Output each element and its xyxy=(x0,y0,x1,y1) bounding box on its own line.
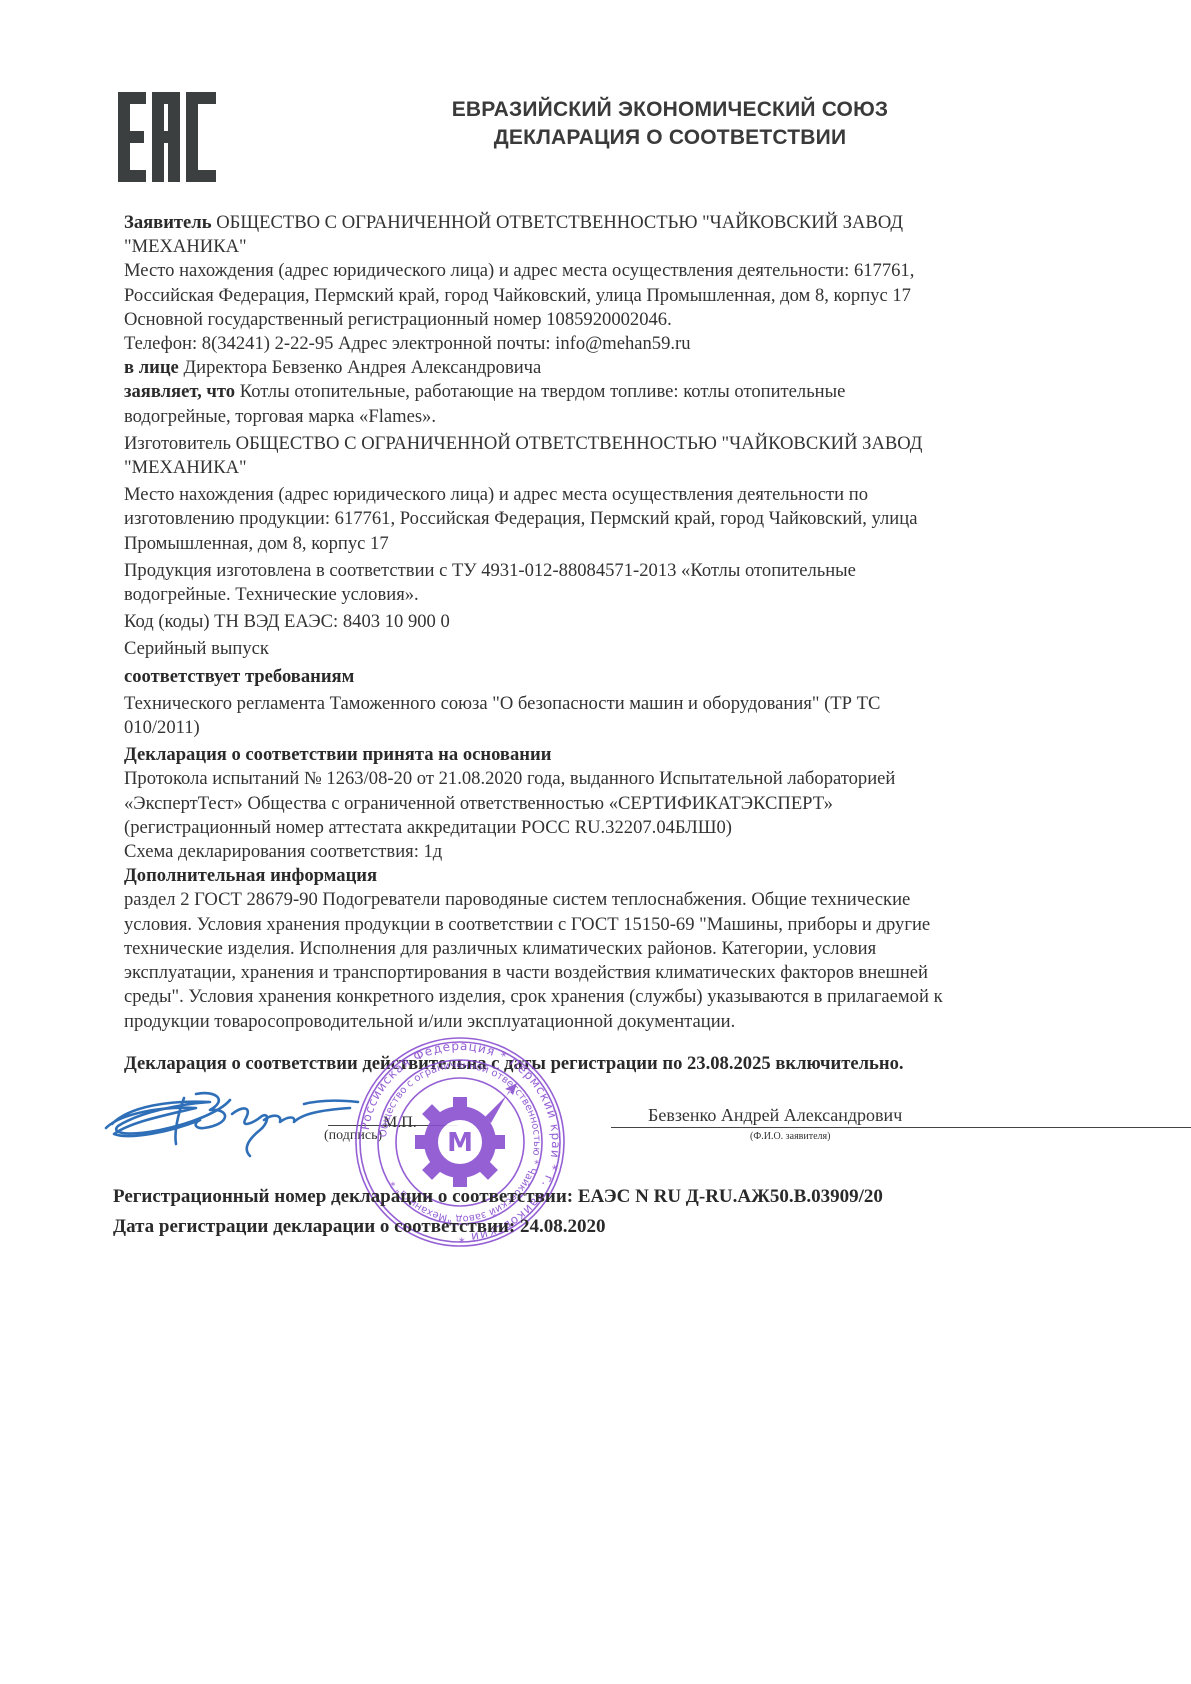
applicant-address-2: Российская Федерация, Пермский край, гор… xyxy=(124,284,1084,308)
manufacturer-name: Изготовитель ОБЩЕСТВО С ОГРАНИЧЕННОЙ ОТВ… xyxy=(124,432,1084,456)
applicant-contacts: Телефон: 8(34241) 2-22-95 Адрес электрон… xyxy=(124,332,1084,356)
registration-number: Регистрационный номер декларации о соотв… xyxy=(113,1186,883,1208)
hs-code: Код (коды) ТН ВЭД ЕАЭС: 8403 10 900 0 xyxy=(124,610,1084,634)
basis-line-3: (регистрационный номер аттестата аккреди… xyxy=(124,816,1084,840)
basis-line-2: «ЭкспертТест» Общества с ограниченной от… xyxy=(124,792,1084,816)
applicant-label: Заявитель xyxy=(124,212,212,233)
signer-name-line xyxy=(611,1127,1191,1128)
additional-line-6: продукции товаросопроводительной и/или э… xyxy=(124,1010,1084,1034)
product-standard-2: водогрейные. Технические условия». xyxy=(124,583,1084,607)
requirements-line-2: 010/2011) xyxy=(124,716,1084,740)
document-header: ЕВРАЗИЙСКИЙ ЭКОНОМИЧЕСКИЙ СОЮЗ ДЕКЛАРАЦИ… xyxy=(380,96,960,152)
declaration-page: ЕВРАЗИЙСКИЙ ЭКОНОМИЧЕСКИЙ СОЮЗ ДЕКЛАРАЦИ… xyxy=(0,0,1191,1684)
applicant-line: Заявитель ОБЩЕСТВО С ОГРАНИЧЕННОЙ ОТВЕТС… xyxy=(124,211,1084,235)
manufacturer-address-1: Место нахождения (адрес юридического лиц… xyxy=(124,483,1084,507)
represented-label: в лице xyxy=(124,357,179,378)
requirements-line-1: Технического регламента Таможенного союз… xyxy=(124,692,1084,716)
registration-date: Дата регистрации декларации о соответств… xyxy=(113,1216,605,1238)
declaration-title: ДЕКЛАРАЦИЯ О СООТВЕТСТВИИ xyxy=(380,124,960,152)
additional-line-3: технические изделия. Исполнения для разл… xyxy=(124,937,1084,961)
validity-statement: Декларация о соответствии действительна … xyxy=(124,1053,1084,1075)
additional-line-1: раздел 2 ГОСТ 28679-90 Подогреватели пар… xyxy=(124,888,1084,912)
represented-value: Директора Бевзенко Андрея Александровича xyxy=(179,357,541,378)
seal-place-label: М.П. xyxy=(383,1114,417,1132)
union-title: ЕВРАЗИЙСКИЙ ЭКОНОМИЧЕСКИЙ СОЮЗ xyxy=(380,96,960,124)
additional-line-4: эксплуатации, хранения и транспортирован… xyxy=(124,961,1084,985)
declaration-scheme: Схема декларирования соответствия: 1д xyxy=(124,840,1084,864)
signature-caption: (подпись) xyxy=(324,1128,382,1144)
requirements-heading: соответствует требованиям xyxy=(124,665,1084,689)
basis-heading: Декларация о соответствии принята на осн… xyxy=(124,743,1084,767)
signer-name: Бевзенко Андрей Александрович xyxy=(648,1105,902,1126)
applicant-address-1: Место нахождения (адрес юридического лиц… xyxy=(124,259,1084,283)
signature-row: (подпись) М.П. Бевзенко Андрей Александр… xyxy=(100,1090,1100,1170)
declares-label: заявляет, что xyxy=(124,381,235,402)
additional-line-5: среды". Условия хранения конкретного изд… xyxy=(124,985,1084,1009)
declaration-body: Заявитель ОБЩЕСТВО С ОГРАНИЧЕННОЙ ОТВЕТС… xyxy=(124,211,1084,1034)
represented-line: в лице Директора Бевзенко Андрея Алексан… xyxy=(124,356,1084,380)
applicant-name: ОБЩЕСТВО С ОГРАНИЧЕННОЙ ОТВЕТСТВЕННОСТЬЮ… xyxy=(212,212,903,233)
release-type: Серийный выпуск xyxy=(124,637,1084,661)
manufacturer-name-cont: "МЕХАНИКА" xyxy=(124,456,1084,480)
declares-line: заявляет, что Котлы отопительные, работа… xyxy=(124,380,1084,404)
signer-name-caption: (Ф.И.О. заявителя) xyxy=(750,1131,830,1142)
additional-line-2: условия. Условия хранения продукции в со… xyxy=(124,913,1084,937)
applicant-name-cont: "МЕХАНИКА" xyxy=(124,235,1084,259)
manufacturer-address-3: Промышленная, дом 8, корпус 17 xyxy=(124,532,1084,556)
applicant-ogrn: Основной государственный регистрационный… xyxy=(124,308,1084,332)
basis-line-1: Протокола испытаний № 1263/08-20 от 21.0… xyxy=(124,767,1084,791)
product-description: Котлы отопительные, работающие на твердо… xyxy=(235,381,845,402)
eac-logo-icon xyxy=(116,90,218,184)
product-description-cont: водогрейные, торговая марка «Flames». xyxy=(124,405,1084,429)
additional-heading: Дополнительная информация xyxy=(124,864,1084,888)
product-standard-1: Продукция изготовлена в соответствии с Т… xyxy=(124,559,1084,583)
manufacturer-address-2: изготовлению продукции: 617761, Российск… xyxy=(124,507,1084,531)
